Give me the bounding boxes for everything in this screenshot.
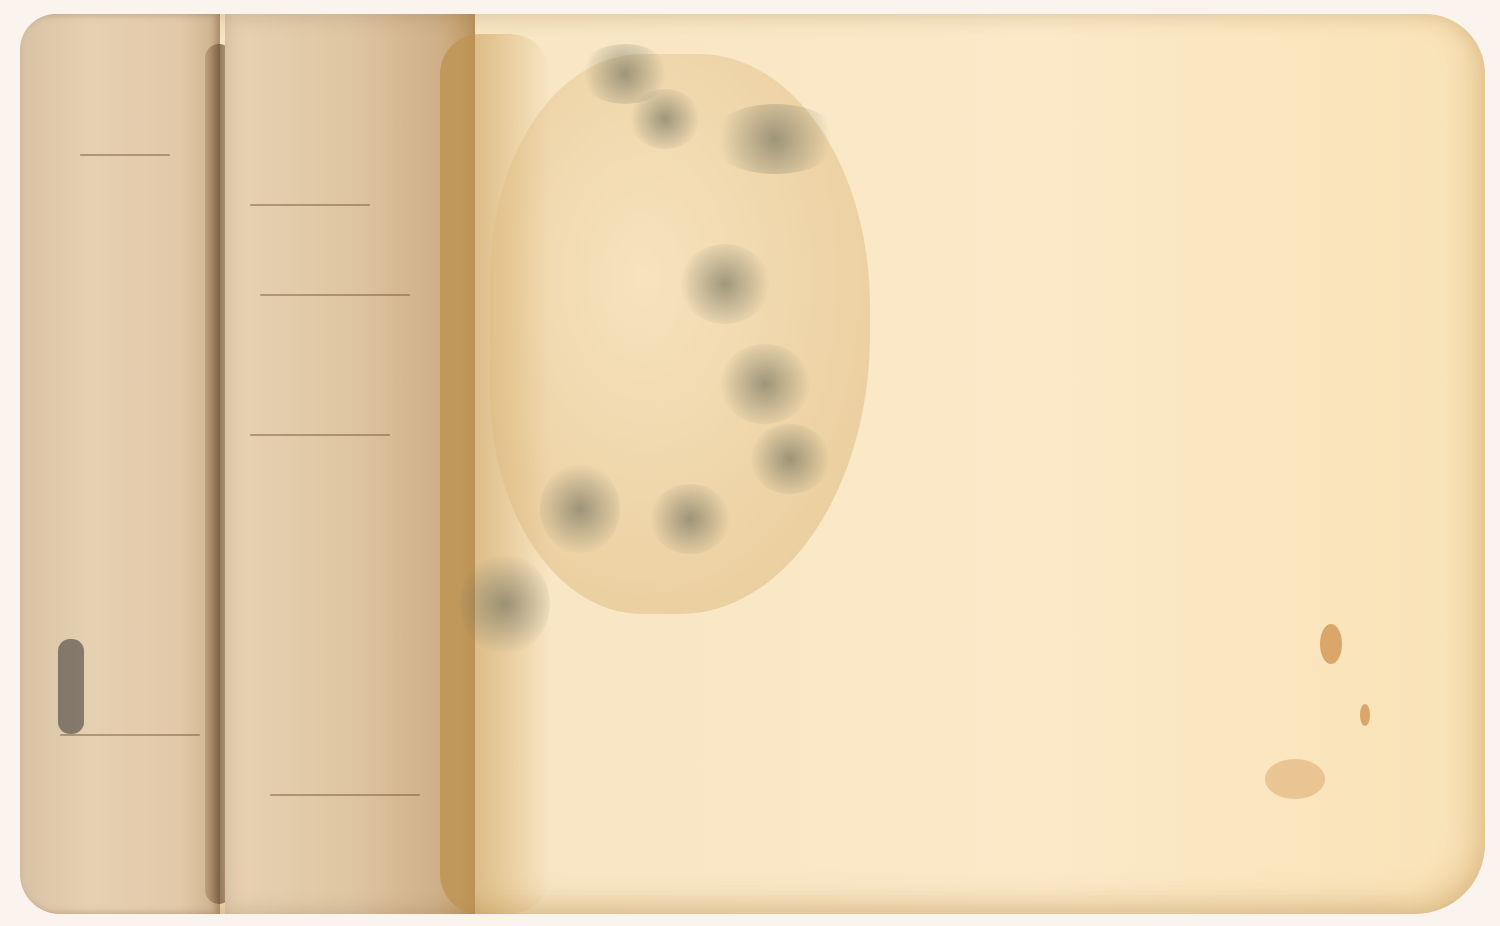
crease [60, 734, 200, 736]
crease [270, 794, 420, 796]
dark-stain [58, 639, 84, 734]
crease [260, 294, 410, 296]
crease [80, 154, 170, 156]
paper-packet [20, 14, 1485, 914]
mold-spot [710, 104, 840, 174]
crease [250, 204, 370, 206]
rust-spot [1265, 759, 1325, 799]
mold-spot [680, 244, 770, 324]
photo-scene [0, 0, 1500, 926]
mold-spot [750, 424, 830, 494]
rust-spot [1360, 704, 1370, 726]
crease [250, 434, 390, 436]
mold-spot [630, 89, 700, 149]
wrapper-flap [225, 14, 475, 914]
end-fold [20, 14, 220, 914]
mold-spot [650, 484, 730, 554]
rust-spot [1320, 624, 1342, 664]
mold-spot [720, 344, 810, 424]
mold-spot [460, 554, 550, 654]
mold-spot [540, 464, 620, 554]
